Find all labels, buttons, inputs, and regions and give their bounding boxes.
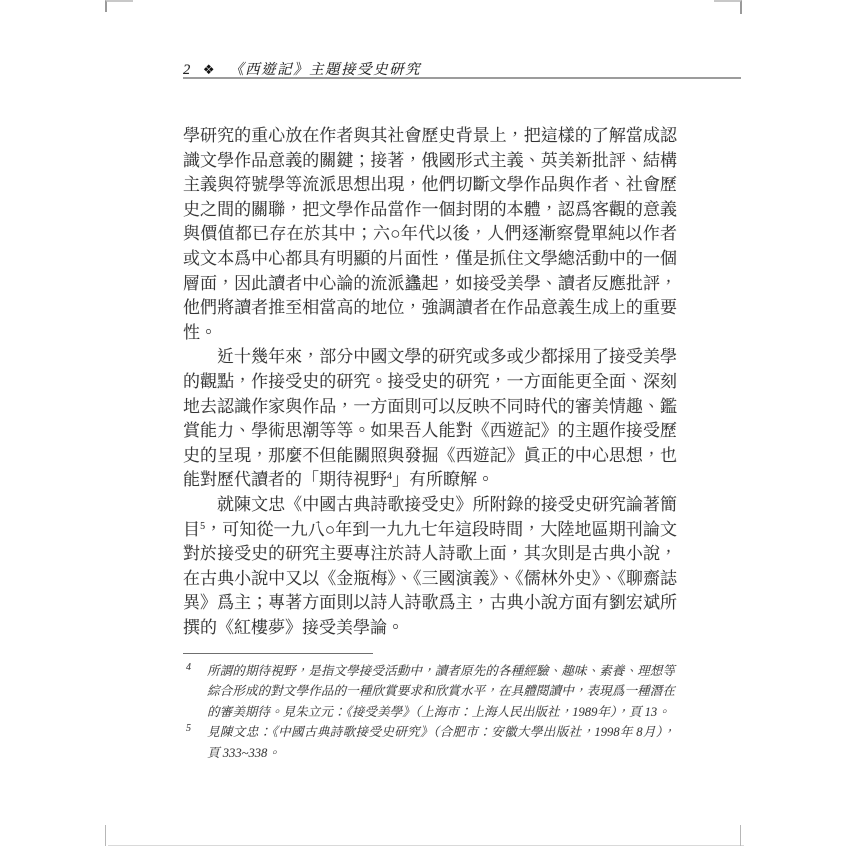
- scanned-book-page: 2 ❖ 《西遊記》主題接受史研究 學研究的重心放在作者與其社會歷史背景上，把這樣…: [0, 0, 850, 850]
- footnotes-section: 4所謂的期待視野，是指文學接受活動中，讀者原先的各種經驗、趣味、素養、理想等綜合…: [183, 661, 675, 763]
- page-edge-tick-right: [740, 825, 741, 846]
- crop-mark-top-right: [714, 0, 742, 14]
- footnote-reference: 5: [200, 521, 205, 532]
- footnote-marker: 4: [186, 658, 191, 678]
- body-text: 學研究的重心放在作者與其社會歷史背景上，把這樣的了解當成認識文學作品意義的關鍵；…: [183, 124, 677, 640]
- diamond-ornament-icon: ❖: [203, 62, 216, 77]
- footnote-item: 4所謂的期待視野，是指文學接受活動中，讀者原先的各種經驗、趣味、素養、理想等綜合…: [183, 661, 675, 722]
- paragraph: 近十幾年來，部分中國文學的研究或多或少都採用了接受美學的觀點，作接受史的研究。接…: [183, 345, 677, 493]
- crop-mark-top-left: [105, 0, 133, 12]
- paragraph: 學研究的重心放在作者與其社會歷史背景上，把這樣的了解當成認識文學作品意義的關鍵；…: [183, 124, 677, 345]
- footnote-separator-rule: [183, 653, 373, 654]
- footnote-marker: 5: [186, 719, 191, 739]
- footnote-item: 5見陳文忠：《中國古典詩歌接受史研究》（合肥市：安徽大學出版社，1998年 8月…: [183, 722, 675, 763]
- page-edge-tick-left: [105, 825, 106, 846]
- paragraph: 就陳文忠《中國古典詩歌接受史》所附錄的接受史研究論著簡目5，可知從一九八○年到一…: [183, 493, 677, 641]
- page-bottom-edge: [108, 845, 744, 846]
- running-title: 《西遊記》主題接受史研究: [229, 62, 421, 78]
- page-number: 2: [183, 62, 192, 78]
- running-header: 2 ❖ 《西遊記》主題接受史研究: [183, 58, 741, 79]
- footnote-text: 所謂的期待視野，是指文學接受活動中，讀者原先的各種經驗、趣味、素養、理想等綜合形…: [207, 664, 675, 719]
- footnote-text: 見陳文忠：《中國古典詩歌接受史研究》（合肥市：安徽大學出版社，1998年 8月）…: [207, 725, 675, 759]
- footnote-reference: 4: [387, 471, 392, 482]
- header-rule: [183, 77, 741, 79]
